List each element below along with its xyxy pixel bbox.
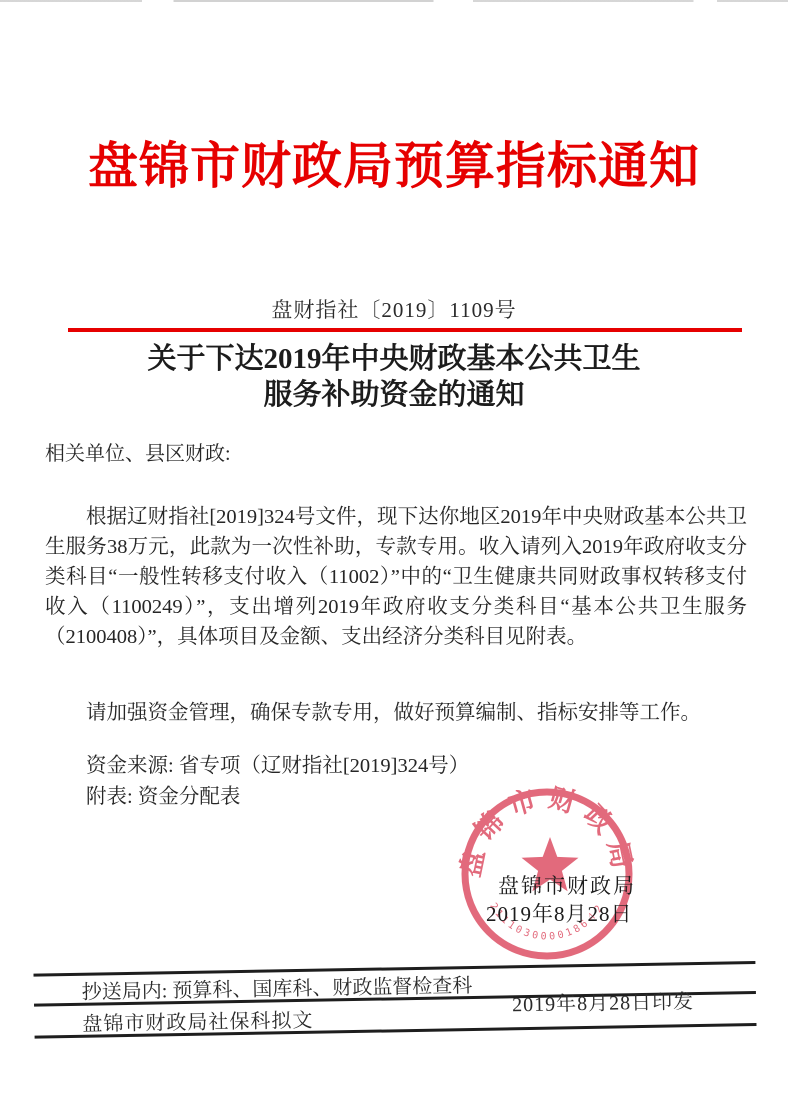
body-paragraph-1: 根据辽财指社[2019]324号文件，现下达你地区2019年中央财政基本公共卫生… [45, 502, 747, 652]
page-title: 盘锦市财政局预算指标通知 [0, 126, 788, 198]
signer-name: 盘锦市财政局 [486, 872, 636, 900]
subject-line-2: 服务补助资金的通知 [0, 377, 788, 413]
body-paragraph-2: 请加强资金管理，确保专款专用，做好预算编制、指标安排等工作。 [45, 698, 747, 728]
document-page: 盘锦市财政局预算指标通知 盘财指社〔2019〕1109号 关于下达2019年中央… [0, 0, 788, 1119]
print-date: 2019年8月28日印发 [512, 985, 694, 1017]
signature-block: 盘锦市财政局 2019年8月28日 [486, 872, 636, 928]
scan-edge-artifact [0, 0, 788, 2]
red-divider-line [68, 328, 742, 332]
addressee-line: 相关单位、县区财政: [45, 437, 231, 466]
signature-date: 2019年8月28日 [486, 900, 636, 928]
footer-block: 抄送局内: 预算科、国库科、财政监督检查科 盘锦市财政局社保科拟文 2019年8… [29, 951, 760, 1046]
doc-number: 盘财指社〔2019〕1109号 [0, 294, 788, 324]
subject-title: 关于下达2019年中央财政基本公共卫生 服务补助资金的通知 [0, 341, 788, 413]
subject-line-1: 关于下达2019年中央财政基本公共卫生 [0, 341, 788, 377]
